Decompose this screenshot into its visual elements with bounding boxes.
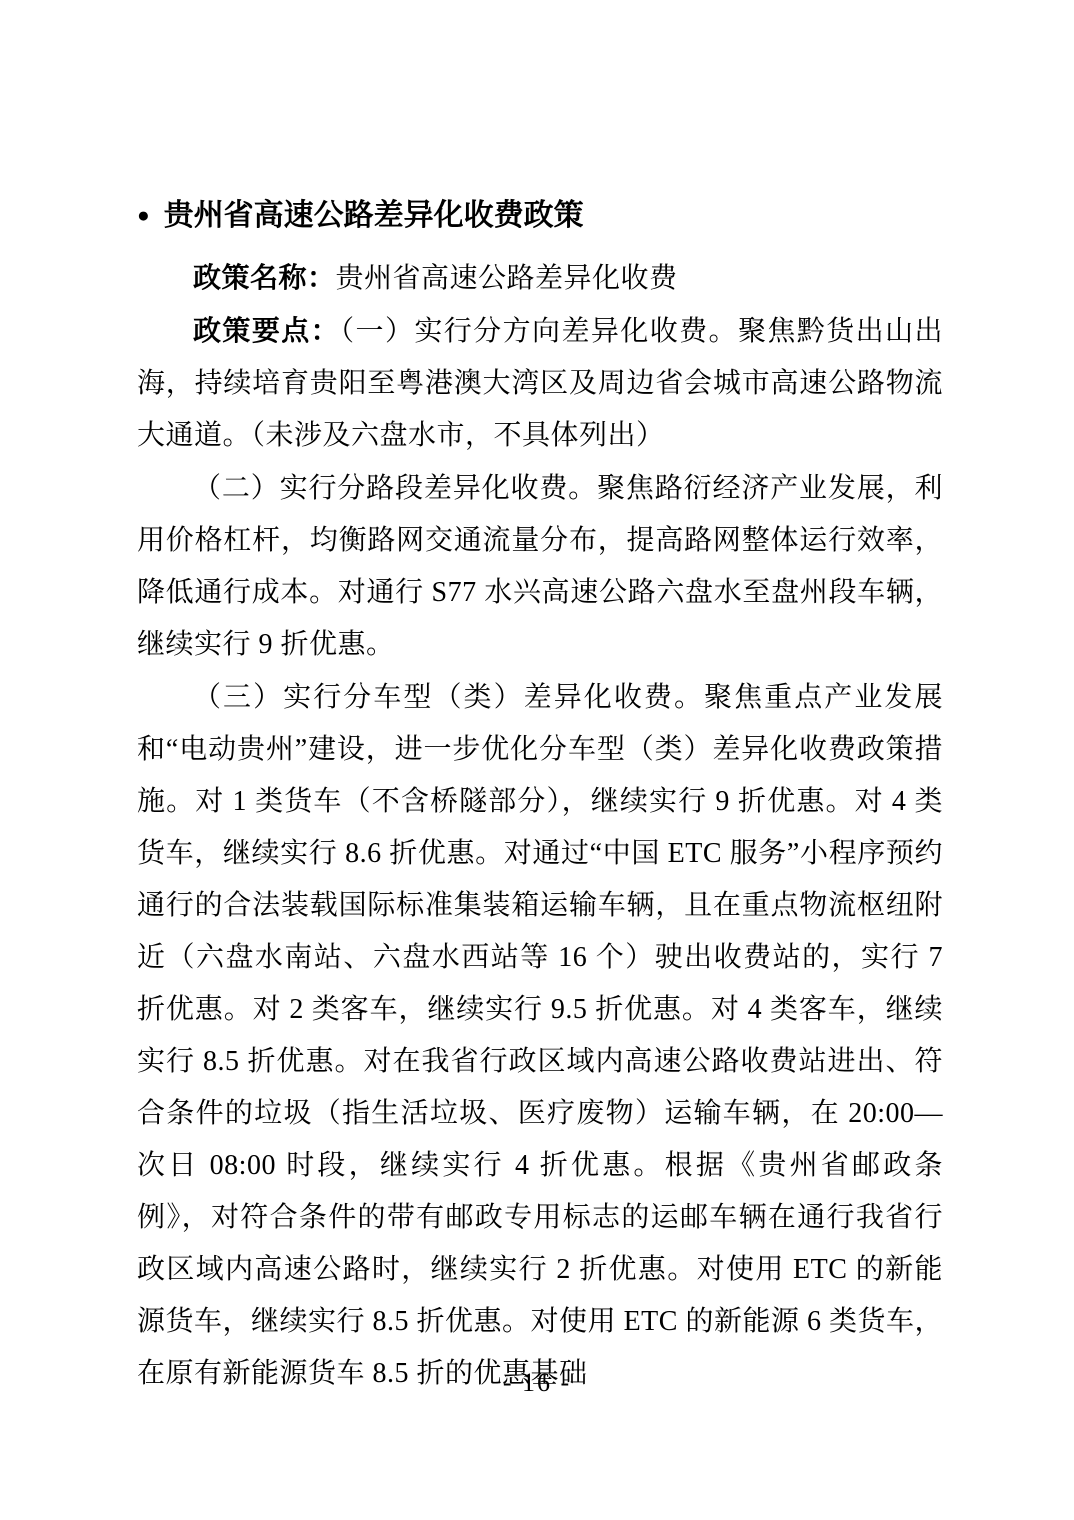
policy-points-label: 政策要点： (193, 315, 340, 346)
policy-points-item-3-text: （三）实行分车型（类）差异化收费。聚焦重点产业发展和“电动贵州”建设，进一步优化… (137, 682, 943, 1389)
page-content: ●贵州省高速公路差异化收费政策 政策名称：贵州省高速公路差异化收费 政策要点：（… (137, 190, 943, 1400)
document-page: ●贵州省高速公路差异化收费政策 政策名称：贵州省高速公路差异化收费 政策要点：（… (0, 0, 1074, 1520)
policy-title: ●贵州省高速公路差异化收费政策 (137, 190, 943, 242)
bullet-icon: ● (137, 190, 150, 242)
policy-title-text: 贵州省高速公路差异化收费政策 (164, 199, 584, 232)
policy-points-item-2-text: （二）实行分路段差异化收费。聚焦路衍经济产业发展，利用价格杠杆，均衡路网交通流量… (137, 473, 943, 660)
policy-name-label: 政策名称： (193, 262, 336, 293)
paragraph-policy-points-1: 政策要点：（一）实行分方向差异化收费。聚焦黔货出山出海，持续培育贵阳至粤港澳大湾… (137, 305, 943, 462)
policy-name-value: 贵州省高速公路差异化收费 (336, 263, 678, 294)
paragraph-policy-name: 政策名称：贵州省高速公路差异化收费 (137, 252, 943, 305)
paragraph-policy-points-3: （三）实行分车型（类）差异化收费。聚焦重点产业发展和“电动贵州”建设，进一步优化… (137, 671, 943, 1400)
paragraph-policy-points-2: （二）实行分路段差异化收费。聚焦路衍经济产业发展，利用价格杠杆，均衡路网交通流量… (137, 462, 943, 671)
page-number: - 16 - (0, 1368, 1074, 1398)
